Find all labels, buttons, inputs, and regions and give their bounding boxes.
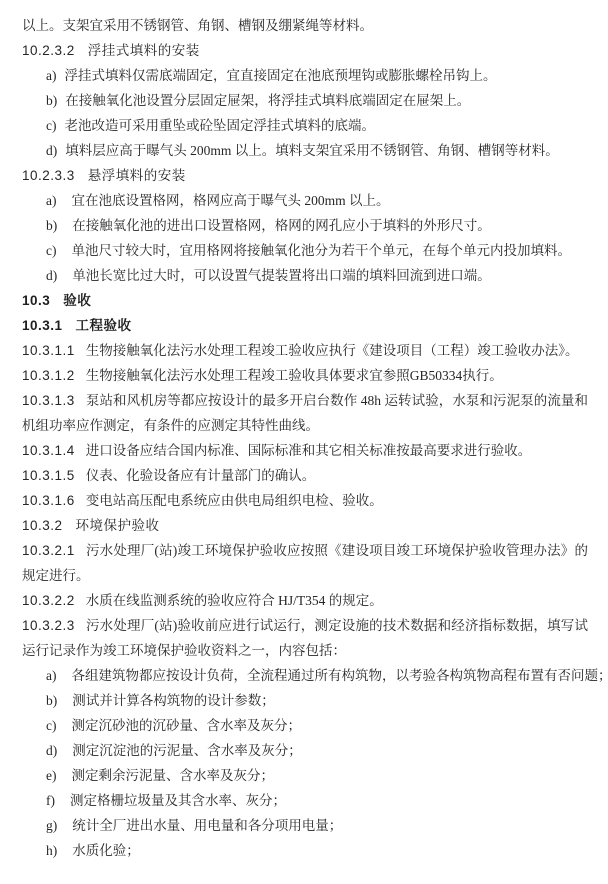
- clause-number: 10.3.1.3: [22, 393, 75, 408]
- list-item: c)单池尺寸较大时，宜用格网将接触氧化池分为若干个单元，在每个单元内投加填料。: [22, 238, 588, 263]
- section-number: 10.2.3.3: [22, 168, 75, 183]
- list-item: d)填料层应高于曝气头 200mm 以上。填料支架宜采用不锈钢管、角钢、槽钢等材…: [22, 138, 588, 163]
- list-item-text: 填料层应高于曝气头 200mm 以上。填料支架宜采用不锈钢管、角钢、槽钢等材料。: [65, 143, 559, 158]
- clause-number: 10.3.1.2: [22, 368, 75, 383]
- section-heading: 10.2.3.3悬浮填料的安装: [22, 163, 588, 188]
- list-item-marker: a): [46, 68, 57, 83]
- clause-text: 生物接触氧化法污水处理工程竣工验收应执行《建设项目（工程）竣工验收办法》。: [86, 343, 579, 358]
- clause-text: 仪表、化验设备应有计量部门的确认。: [86, 468, 316, 483]
- clause-paragraph: 10.3.1.4进口设备应结合国内标准、国际标准和其它相关标准按最高要求进行验收…: [22, 438, 588, 463]
- list-item-text: 测定格栅垃圾量及其含水率、灰分；: [70, 793, 286, 808]
- list-item-text: 测定剩余污泥量、含水率及灰分；: [72, 768, 275, 783]
- list-item: b)在接触氧化池设置分层固定屉架，将浮挂式填料底端固定在屉架上。: [22, 88, 588, 113]
- list-item: f)测定格栅垃圾量及其含水率、灰分；: [22, 788, 588, 813]
- list-item-text: 浮挂式填料仅需底端固定，宜直接固定在池底预埋钩或膨胀螺栓吊钩上。: [65, 68, 497, 83]
- list-item-text: 测试并计算各构筑物的设计参数；: [72, 693, 275, 708]
- list-item: d)测定沉淀池的污泥量、含水率及灰分；: [22, 738, 588, 763]
- list-item: b)测试并计算各构筑物的设计参数；: [22, 688, 588, 713]
- list-item-marker: b): [46, 93, 57, 108]
- section-heading: 10.2.3.2浮挂式填料的安装: [22, 38, 588, 63]
- clause-paragraph: 10.3.2.3污水处理厂(站)验收前应进行试运行，测定设施的技术数据和经济指标…: [22, 613, 588, 663]
- clause-text: 进口设备应结合国内标准、国际标准和其它相关标准按最高要求进行验收。: [86, 443, 532, 458]
- clause-number: 10.3.2.1: [22, 543, 75, 558]
- clause-paragraph: 10.3.1.1生物接触氧化法污水处理工程竣工验收应执行《建设项目（工程）竣工验…: [22, 338, 588, 363]
- section-title: 悬浮填料的安装: [88, 168, 186, 183]
- clause-number: 10.3.2.2: [22, 593, 75, 608]
- clause-paragraph: 10.3.2.1污水处理厂(站)竣工环境保护验收应按照《建设项目竣工环境保护验收…: [22, 538, 588, 588]
- list-item-marker: g): [46, 818, 57, 833]
- list-item-text: 水质化验；: [72, 843, 140, 858]
- list-item: h)水质化验；: [22, 838, 588, 863]
- section-title: 环境保护验收: [76, 518, 160, 533]
- list-item-text: 测定沉砂池的沉砂量、含水率及灰分；: [72, 718, 302, 733]
- list-item: d)单池长宽比过大时，可以设置气提装置将出口端的填料回流到进口端。: [22, 263, 588, 288]
- clause-number: 10.3.1.6: [22, 493, 75, 508]
- clause-paragraph: 10.3.1.5仪表、化验设备应有计量部门的确认。: [22, 463, 588, 488]
- clause-text: 水质在线监测系统的验收应符合 HJ/T354 的规定。: [86, 593, 383, 608]
- list-item: b)在接触氧化池的进出口设置格网，格网的网孔应小于填料的外形尺寸。: [22, 213, 588, 238]
- clause-text: 生物接触氧化法污水处理工程竣工验收具体要求宜参照GB50334执行。: [86, 368, 503, 383]
- section-number: 10.3.1: [22, 318, 63, 333]
- list-item-marker: b): [46, 218, 57, 233]
- list-item-marker: f): [46, 793, 55, 808]
- section-title: 工程验收: [76, 318, 132, 333]
- section-number: 10.2.3.2: [22, 43, 75, 58]
- clause-text: 变电站高压配电系统应由供电局组织电检、验收。: [86, 493, 383, 508]
- clause-paragraph: 10.3.1.3泵站和风机房等都应按设计的最多开启台数作 48h 运转试验，水泵…: [22, 388, 588, 438]
- list-item-marker: d): [46, 743, 57, 758]
- list-item-marker: c): [46, 118, 57, 133]
- list-item: a)宜在池底设置格网，格网应高于曝气头 200mm 以上。: [22, 188, 588, 213]
- list-item-marker: b): [46, 693, 57, 708]
- list-item-marker: a): [46, 668, 57, 683]
- clause-paragraph: 10.3.2.2水质在线监测系统的验收应符合 HJ/T354 的规定。: [22, 588, 588, 613]
- list-item: e)测定剩余污泥量、含水率及灰分；: [22, 763, 588, 788]
- clause-text: 污水处理厂(站)竣工环境保护验收应按照《建设项目竣工环境保护验收管理办法》的规定…: [22, 543, 588, 583]
- clause-text: 泵站和风机房等都应按设计的最多开启台数作 48h 运转试验，水泵和污泥泵的流量和…: [22, 393, 588, 433]
- section-title: 浮挂式填料的安装: [88, 43, 200, 58]
- list-item-marker: c): [46, 243, 57, 258]
- list-item-marker: c): [46, 718, 57, 733]
- clause-number: 10.3.1.4: [22, 443, 75, 458]
- clause-number: 10.3.1.1: [22, 343, 75, 358]
- list-item-text: 统计全厂进出水量、用电量和各分项用电量；: [72, 818, 342, 833]
- clause-paragraph: 10.3.1.2生物接触氧化法污水处理工程竣工验收具体要求宜参照GB50334执…: [22, 363, 588, 388]
- clause-paragraph: 10.3.1.6变电站高压配电系统应由供电局组织电检、验收。: [22, 488, 588, 513]
- list-item-text: 各组建筑物都应按设计负荷，全流程通过所有构筑物，以考验各构筑物高程布置有否问题；: [72, 668, 608, 683]
- clause-text: 污水处理厂(站)验收前应进行试运行，测定设施的技术数据和经济指标数据，填写试运行…: [22, 618, 588, 658]
- list-item-text: 在接触氧化池设置分层固定屉架，将浮挂式填料底端固定在屉架上。: [65, 93, 470, 108]
- list-item-marker: d): [46, 143, 57, 158]
- list-item: a)浮挂式填料仅需底端固定，宜直接固定在池底预埋钩或膨胀螺栓吊钩上。: [22, 63, 588, 88]
- list-item: g)统计全厂进出水量、用电量和各分项用电量；: [22, 813, 588, 838]
- clause-number: 10.3.2.3: [22, 618, 75, 633]
- section-number: 10.3.2: [22, 518, 63, 533]
- list-item-text: 单池长宽比过大时，可以设置气提装置将出口端的填料回流到进口端。: [72, 268, 491, 283]
- list-item-text: 老池改造可采用重坠或砼坠固定浮挂式填料的底端。: [65, 118, 376, 133]
- list-item-text: 在接触氧化池的进出口设置格网，格网的网孔应小于填料的外形尺寸。: [72, 218, 491, 233]
- paragraph-continuation: 以上。支架宜采用不锈钢管、角钢、槽钢及绷紧绳等材料。: [22, 13, 588, 38]
- list-item: a)各组建筑物都应按设计负荷，全流程通过所有构筑物，以考验各构筑物高程布置有否问…: [22, 663, 588, 688]
- document-content: 以上。支架宜采用不锈钢管、角钢、槽钢及绷紧绳等材料。10.2.3.2浮挂式填料的…: [22, 13, 588, 863]
- list-item: c)老池改造可采用重坠或砼坠固定浮挂式填料的底端。: [22, 113, 588, 138]
- section-number: 10.3: [22, 293, 50, 308]
- clause-number: 10.3.1.5: [22, 468, 75, 483]
- section-heading: 10.3.1工程验收: [22, 313, 588, 338]
- list-item-marker: e): [46, 768, 57, 783]
- list-item-marker: h): [46, 843, 57, 858]
- section-heading: 10.3.2环境保护验收: [22, 513, 588, 538]
- section-title: 验收: [63, 293, 91, 308]
- document-page: 以上。支架宜采用不锈钢管、角钢、槽钢及绷紧绳等材料。10.2.3.2浮挂式填料的…: [0, 0, 608, 884]
- list-item-text: 宜在池底设置格网，格网应高于曝气头 200mm 以上。: [72, 193, 390, 208]
- list-item-marker: d): [46, 268, 57, 283]
- list-item-text: 测定沉淀池的污泥量、含水率及灰分；: [72, 743, 302, 758]
- list-item-text: 单池尺寸较大时，宜用格网将接触氧化池分为若干个单元，在每个单元内投加填料。: [72, 243, 572, 258]
- section-heading: 10.3验收: [22, 288, 588, 313]
- list-item-marker: a): [46, 193, 57, 208]
- list-item: c)测定沉砂池的沉砂量、含水率及灰分；: [22, 713, 588, 738]
